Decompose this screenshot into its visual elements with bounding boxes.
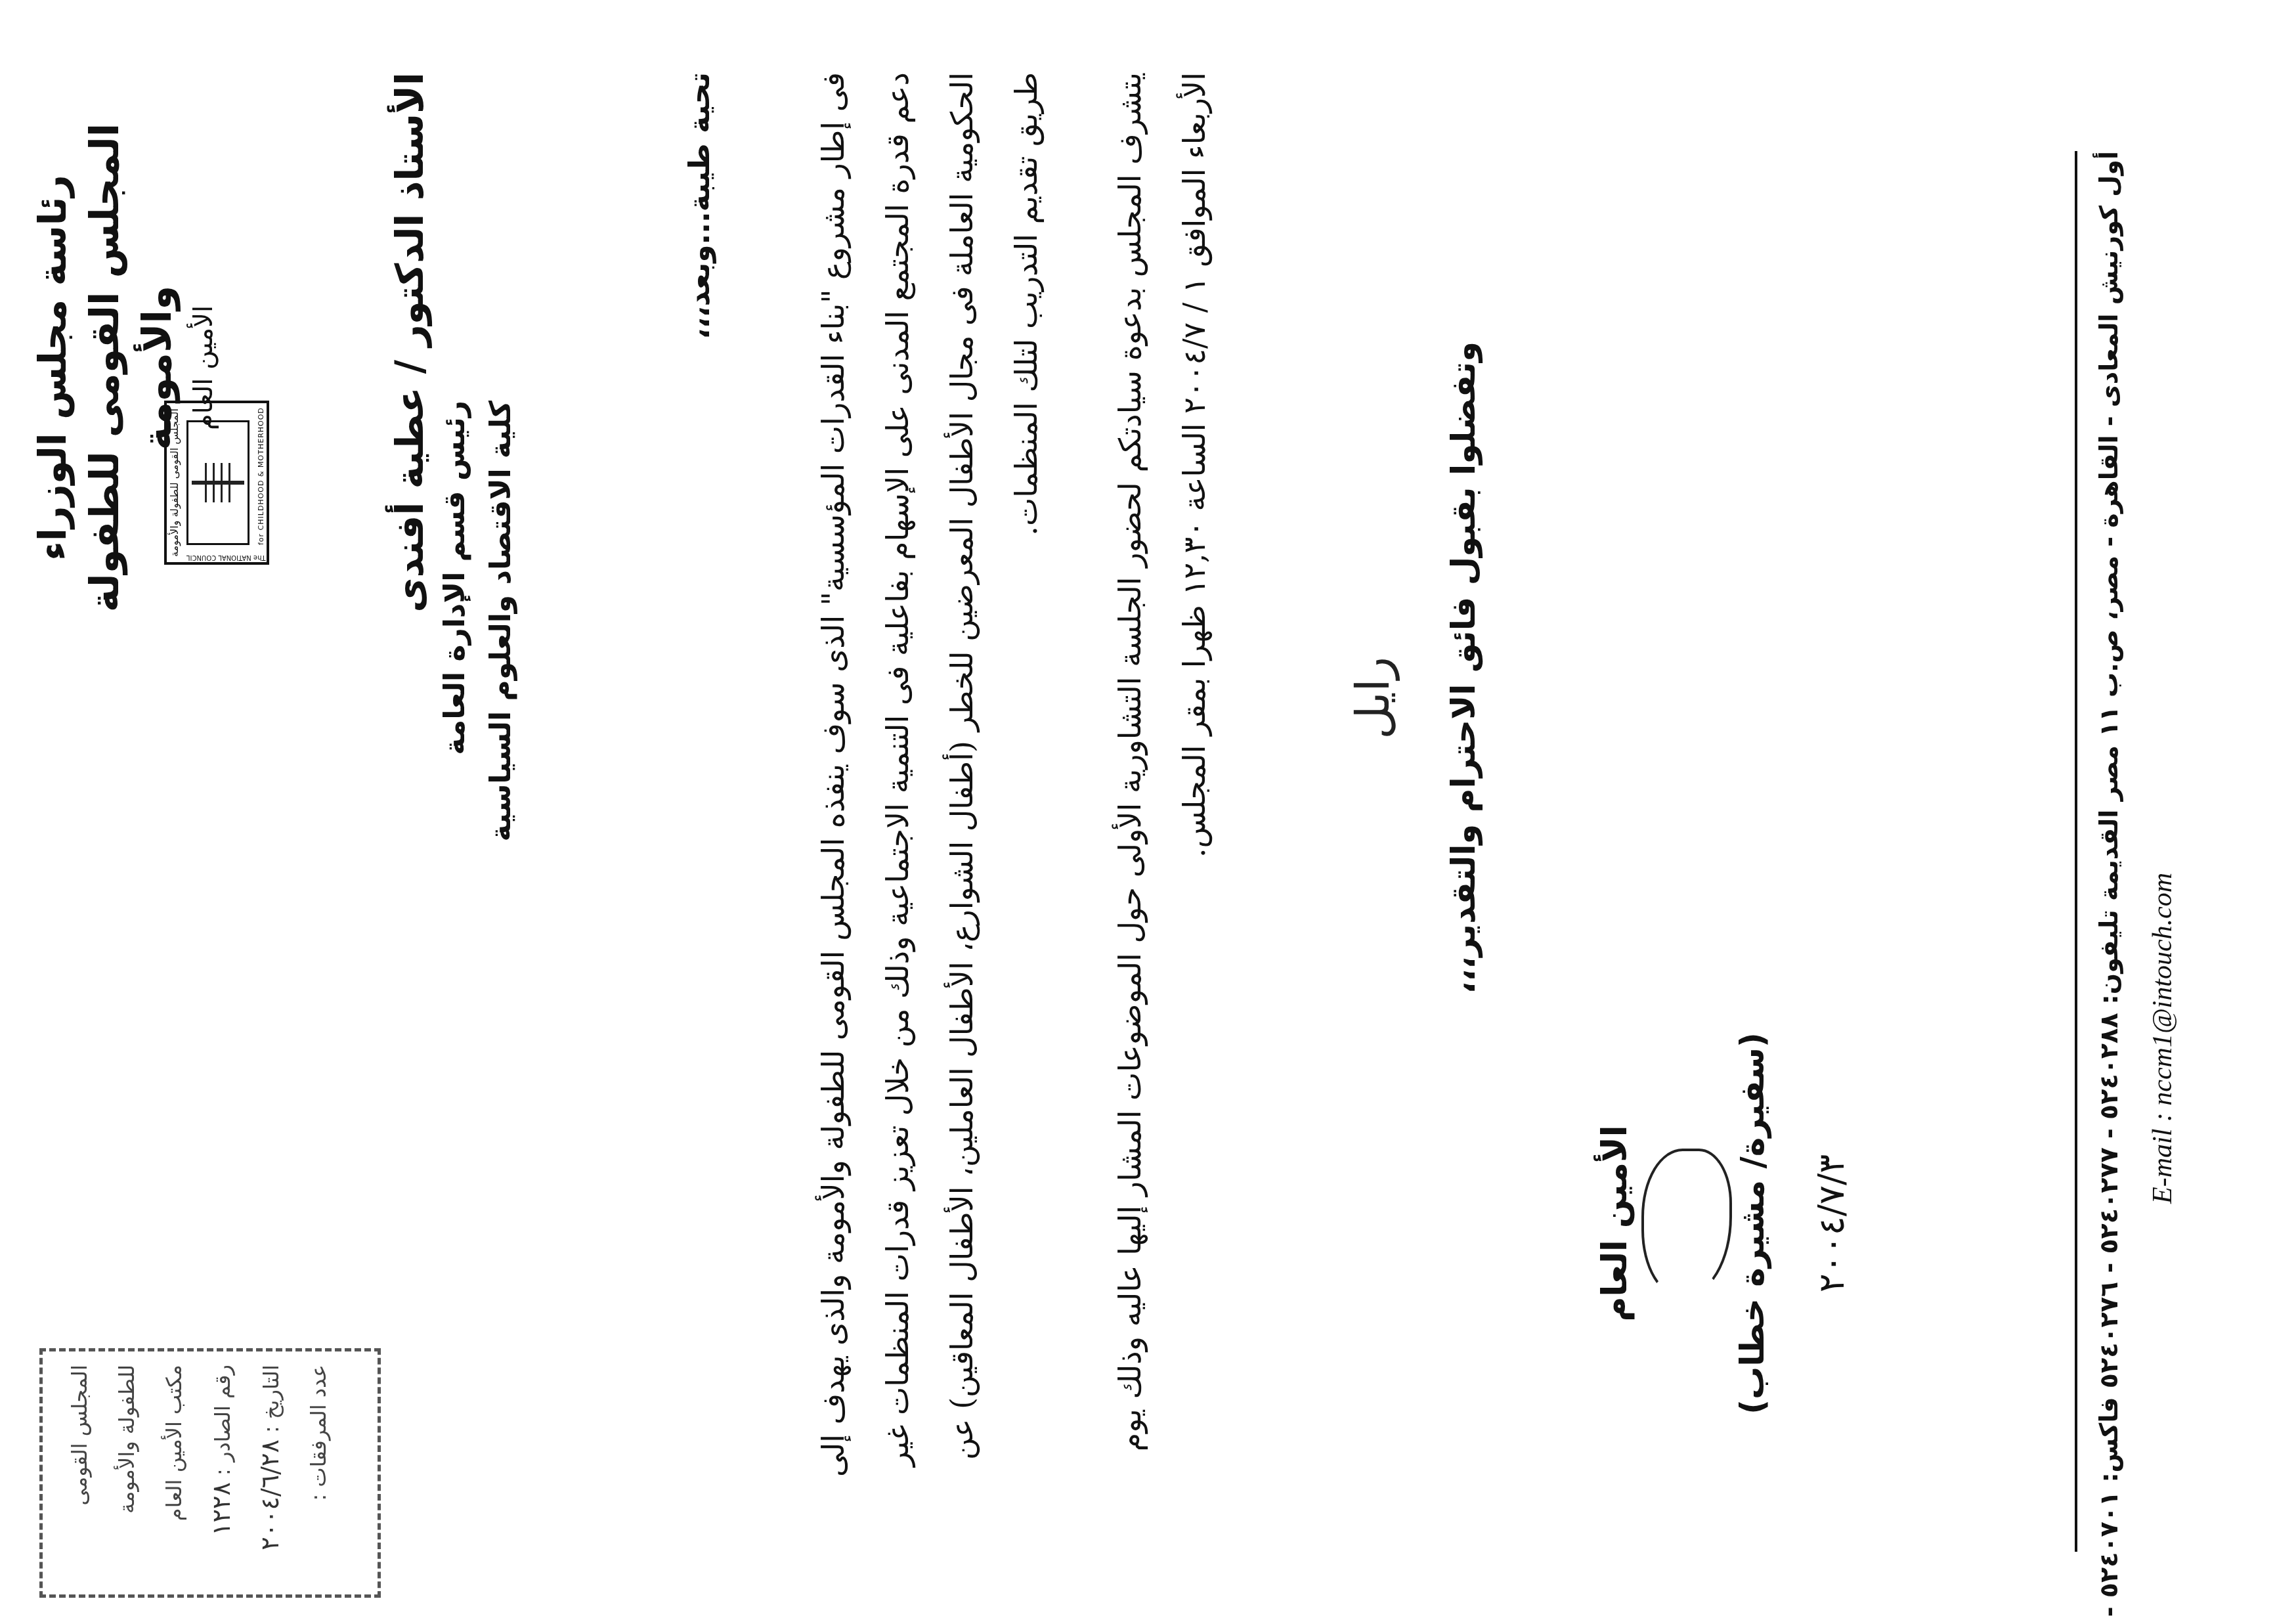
stamp-number: رقم الصادر : ١٢٢٨: [198, 1365, 246, 1581]
council-logo: المجلس القومى للطفولة والأمومة The NATIO…: [164, 401, 269, 565]
addressee-title: رئيس قسم الإدارة العامة: [432, 401, 478, 1254]
email-label: E-mail :: [2148, 1112, 2178, 1204]
stamp-line2: مكتب الأمين العام: [150, 1365, 198, 1581]
body-paragraph-1: فى إطار مشروع "بناء القدرات المؤسسية" ال…: [801, 72, 1058, 1517]
email-address[interactable]: nccm1@intouch.com: [2148, 873, 2178, 1106]
letterhead-line1: رئاسة مجلس الوزراء: [26, 72, 79, 663]
logo-english-side: The NATIONAL COUNCIL: [186, 554, 265, 561]
signature-date: ٢٠٠٤/٧/٣: [1811, 994, 1852, 1453]
footer-email: E-mail : nccm1@intouch.com: [2147, 873, 2178, 1204]
addressee-block: الأستاذ الدكتور / عطية أفندى رئيس قسم ال…: [387, 72, 524, 1254]
stamp-number-value: ١٢٢٨: [207, 1482, 236, 1536]
letterhead: رئاسة مجلس الوزراء المجلس القومى للطفولة…: [26, 72, 223, 663]
letterhead-line3: الأمين العام: [184, 72, 223, 663]
handwritten-initials: رايل: [1346, 657, 1400, 739]
stamp-attachments: عدد المرفقات :: [295, 1365, 342, 1581]
stamp-date-value: ٢٠٠٤/٦/٢٨: [255, 1439, 284, 1550]
closing-line: وتفضلوا بقبول فائق الاحترام والتقدير،،،: [1444, 341, 1483, 994]
letterhead-line2: المجلس القومى للطفولة والأمومة: [79, 72, 184, 663]
signatory-name: (سفيرة/ مشيرة خطاب): [1733, 994, 1771, 1453]
logo-frame: [186, 420, 249, 545]
logo-arabic-text: المجلس القومى للطفولة والأمومة: [168, 403, 181, 562]
addressee-name: الأستاذ الدكتور / عطية أفندى: [387, 72, 432, 1254]
letter-body: فى إطار مشروع "بناء القدرات المؤسسية" ال…: [801, 72, 1226, 1517]
letter-page: المجلس القومى للطفولة والأمومة مكتب الأم…: [0, 0, 2296, 1624]
footer-address: أول كورنيش المعادى - القاهرة - مصر، ص.ب …: [2094, 151, 2123, 1552]
addressee-faculty: كلية الاقتصاد والعلوم السياسية: [478, 401, 524, 1254]
signatory-title: الأمين العام: [1595, 994, 1635, 1453]
stamp-number-label: رقم الصادر :: [210, 1365, 235, 1476]
stamp-line1: المجلس القومى للطفولة والأمومة: [56, 1365, 150, 1581]
incoming-stamp: المجلس القومى للطفولة والأمومة مكتب الأم…: [39, 1348, 381, 1598]
tree-emblem-icon: [192, 481, 244, 485]
body-paragraph-2: يتشرف المجلس بدعوة سيادتكم لحضور الجلسة …: [1098, 72, 1226, 1517]
greeting: تحية طيبة...وبعد،،،: [683, 72, 716, 340]
signature-block: الأمين العام (سفيرة/ مشيرة خطاب) ٢٠٠٤/٧/…: [1595, 994, 1852, 1453]
stamp-date: التاريخ : ٢٠٠٤/٦/٢٨: [246, 1365, 295, 1581]
logo-english-bottom: for CHILDHOOD & MOTHERHOOD: [257, 407, 265, 545]
footer-divider: [2075, 151, 2077, 1552]
stamp-date-label: التاريخ :: [259, 1365, 284, 1433]
signature-scrawl-icon: [1635, 994, 1733, 1453]
